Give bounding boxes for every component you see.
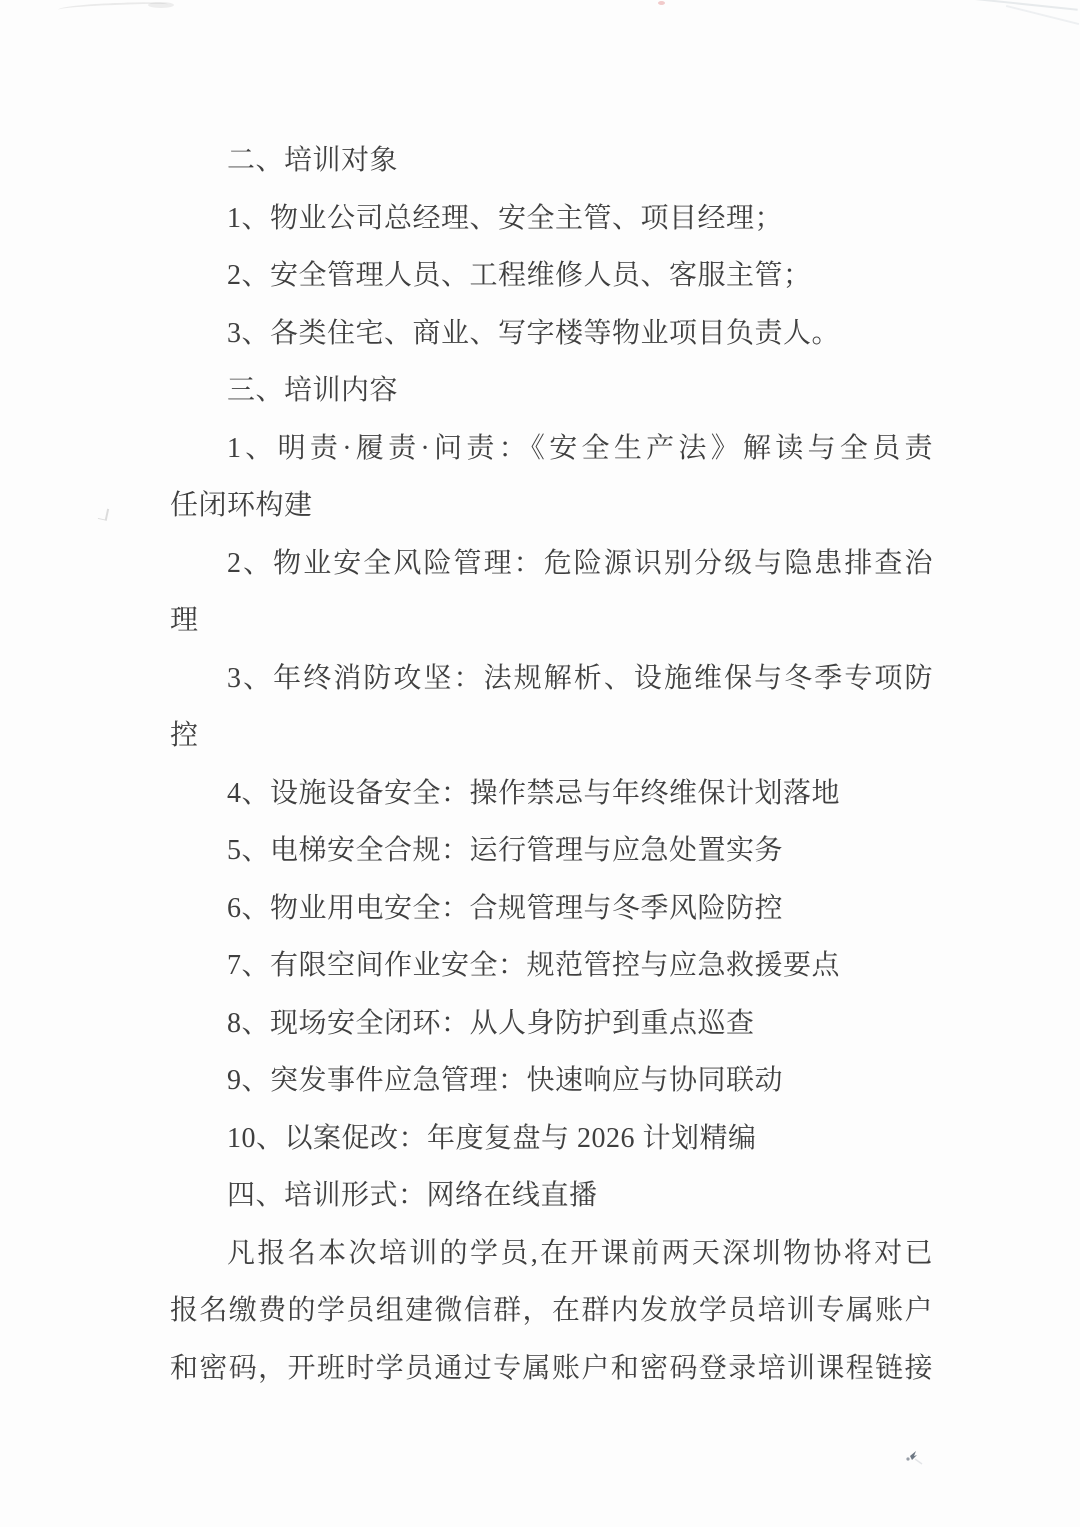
document-page: 二、培训对象1、物业公司总经理、安全主管、项目经理；2、安全管理人员、工程维修人…	[0, 0, 1080, 1527]
text-line: 报名缴费的学员组建微信群，在群内发放学员培训专属账户	[170, 1282, 933, 1340]
ink-speck-bottom-right	[900, 1444, 926, 1470]
text-line: 任闭环构建	[170, 477, 933, 535]
text-line: 4、设施设备安全：操作禁忌与年终维保计划落地	[170, 765, 933, 823]
text-line: 四、培训形式：网络在线直播	[170, 1167, 933, 1225]
text-line: 凡报名本次培训的学员,在开课前两天深圳物协将对已	[170, 1225, 933, 1283]
text-line: 7、有限空间作业安全：规范管控与应急救援要点	[170, 937, 933, 995]
text-line: 2、安全管理人员、工程维修人员、客服主管；	[170, 247, 933, 305]
text-line: 9、突发事件应急管理：快速响应与协同联动	[170, 1052, 933, 1110]
text-line: 和密码，开班时学员通过专属账户和密码登录培训课程链接	[170, 1340, 933, 1398]
scan-smudge-top-left	[58, 1, 168, 14]
text-line: 6、物业用电安全：合规管理与冬季风险防控	[170, 880, 933, 938]
text-line: 3、年终消防攻坚：法规解析、设施维保与冬季专项防	[170, 650, 933, 708]
scan-streak-top-right	[948, 0, 1077, 11]
text-line: 10、以案促改：年度复盘与 2026 计划精编	[170, 1110, 933, 1168]
text-line: 1、物业公司总经理、安全主管、项目经理；	[170, 190, 933, 248]
text-line: 三、培训内容	[170, 362, 933, 420]
text-line: 3、各类住宅、商业、写字楼等物业项目负责人。	[170, 305, 933, 363]
text-line: 5、电梯安全合规：运行管理与应急处置实务	[170, 822, 933, 880]
text-line: 控	[170, 707, 933, 765]
document-body: 二、培训对象1、物业公司总经理、安全主管、项目经理；2、安全管理人员、工程维修人…	[170, 132, 933, 1397]
text-line: 2、物业安全风险管理：危险源识别分级与隐患排查治	[170, 535, 933, 593]
text-line: 理	[170, 592, 933, 650]
scan-mark-left-margin	[98, 507, 109, 521]
scan-smudge-top-mid	[148, 2, 174, 8]
text-line: 1、明责·履责·问责：《安全生产法》解读与全员责	[170, 420, 933, 478]
text-line: 8、现场安全闭环：从人身防护到重点巡查	[170, 995, 933, 1053]
scan-streak-top-right	[1006, 5, 1079, 25]
scan-pink-speck	[658, 1, 665, 5]
text-line: 二、培训对象	[170, 132, 933, 190]
